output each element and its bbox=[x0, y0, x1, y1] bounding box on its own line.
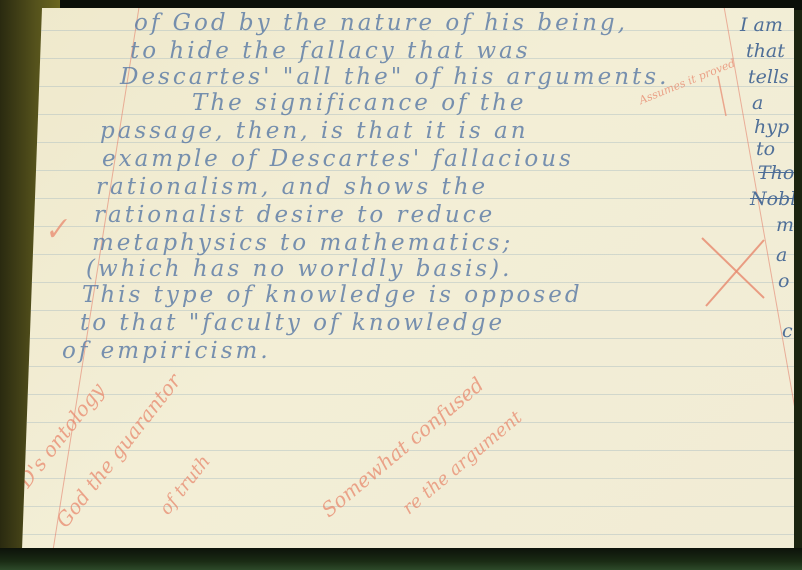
cross-mark-icon bbox=[22, 8, 794, 550]
notebook-page: of God by the nature of his being, to hi… bbox=[22, 8, 794, 550]
photo-border-bottom bbox=[0, 548, 802, 570]
